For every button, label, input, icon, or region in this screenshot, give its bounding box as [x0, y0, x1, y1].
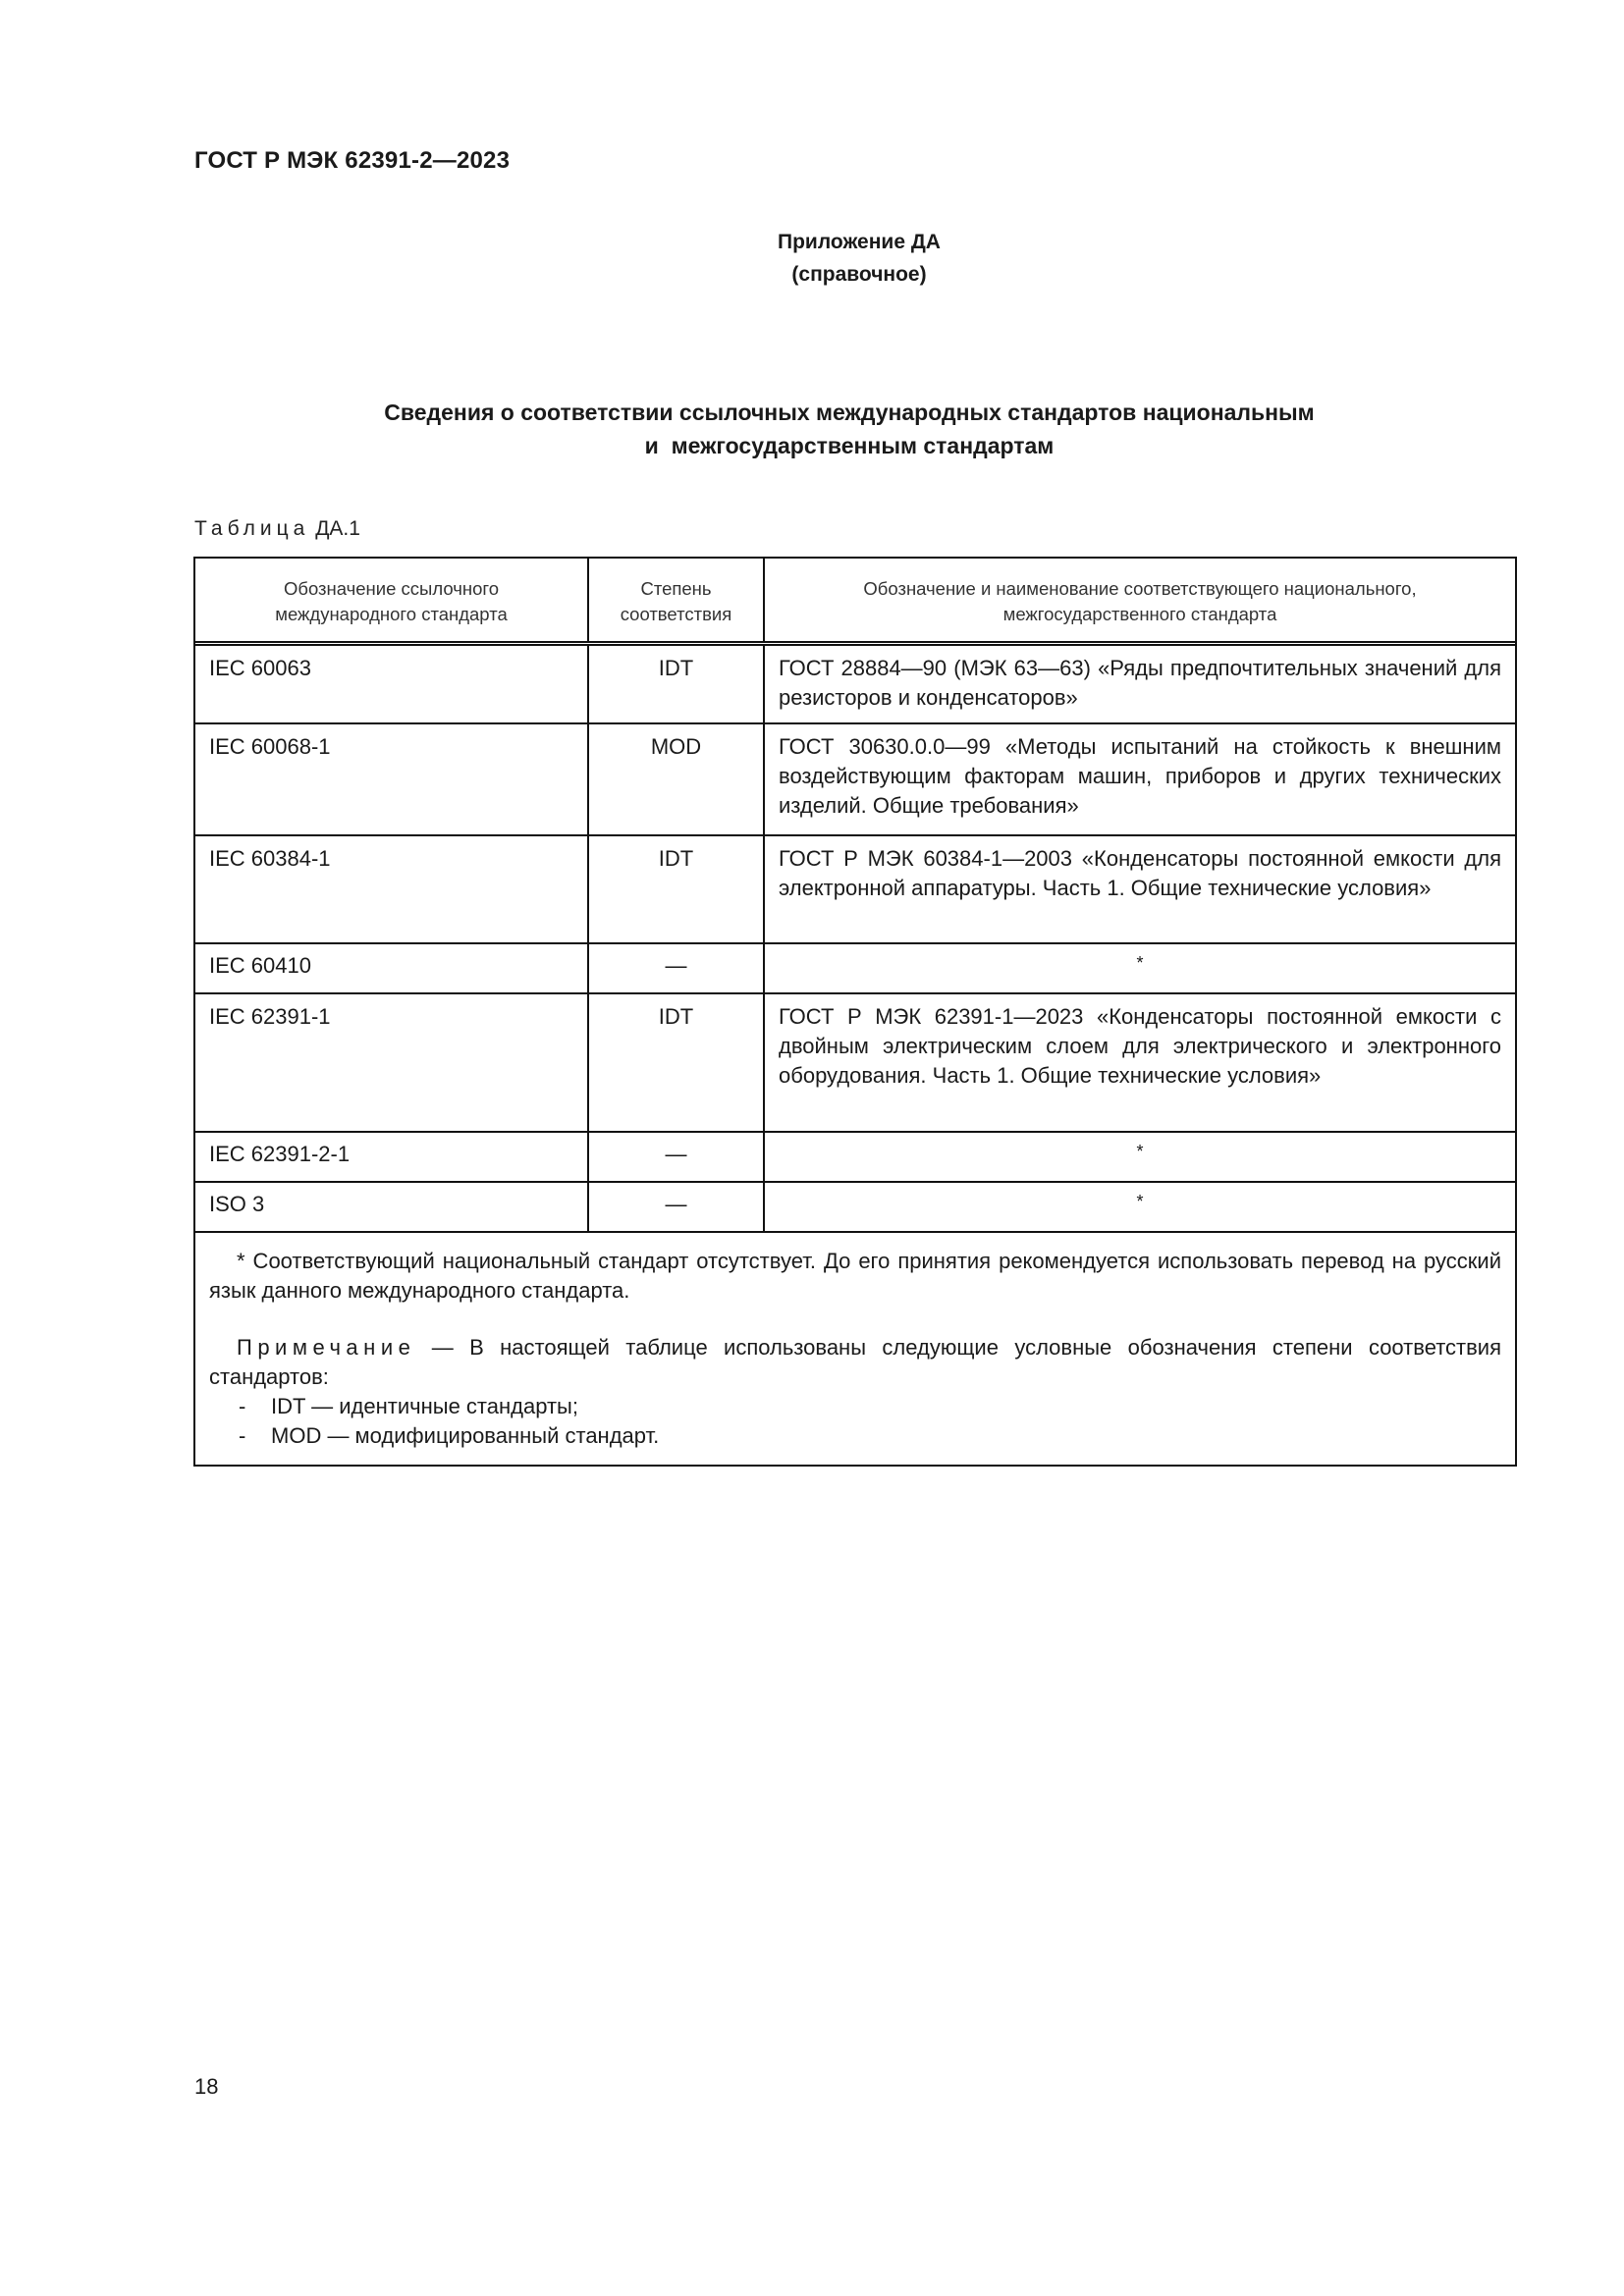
header-text: Обозначение ссылочного — [205, 576, 577, 602]
table-caption-word: Таблица — [194, 517, 309, 540]
cell-reference: IEC 60384-1 — [195, 836, 589, 942]
column-header-national: Обозначение и наименование соответствующ… — [765, 559, 1515, 641]
note-list: -IDT — идентичные стандарты; -MOD — моди… — [209, 1392, 1501, 1451]
section-title-line-2: и межгосударственным стандартам — [196, 429, 1502, 462]
cell-national: ГОСТ 28884—90 (МЭК 63—63) «Ряды предпочт… — [765, 646, 1515, 722]
table-caption: Таблица ДА.1 — [194, 517, 360, 541]
table-row: IEC 62391-1 IDT ГОСТ Р МЭК 62391-1—2023 … — [195, 992, 1515, 1131]
cell-national: ГОСТ 30630.0.0—99 «Методы испытаний на с… — [765, 724, 1515, 834]
cell-reference: IEC 60068-1 — [195, 724, 589, 834]
footnote-marker: * — [1136, 1192, 1143, 1211]
cell-reference: ISO 3 — [195, 1183, 589, 1231]
appendix-subtitle: (справочное) — [0, 258, 1624, 291]
header-text: межгосударственного стандарта — [775, 602, 1505, 627]
header-text: Обозначение и наименование соответствующ… — [775, 576, 1505, 602]
note-label: Примечание — [237, 1335, 415, 1360]
cell-national: ГОСТ Р МЭК 60384-1—2003 «Конденсаторы по… — [765, 836, 1515, 942]
cell-national: * — [765, 944, 1515, 992]
table-row: IEC 60063 IDT ГОСТ 28884—90 (МЭК 63—63) … — [195, 641, 1515, 722]
table-caption-number: ДА.1 — [315, 517, 360, 540]
cell-reference: IEC 62391-1 — [195, 994, 589, 1131]
cell-national: ГОСТ Р МЭК 62391-1—2023 «Конденсаторы по… — [765, 994, 1515, 1131]
note-list-item: -IDT — идентичные стандарты; — [209, 1392, 1501, 1421]
document-code: ГОСТ Р МЭК 62391-2—2023 — [194, 147, 510, 175]
table-row: IEC 62391-2-1 — * — [195, 1131, 1515, 1181]
table-notes: * Соответствующий национальный стандарт … — [195, 1231, 1515, 1465]
appendix-heading: Приложение ДА (справочное) — [0, 226, 1624, 291]
table-note: Примечание — В настоящей таблице использ… — [209, 1333, 1501, 1392]
cell-national: * — [765, 1133, 1515, 1181]
section-title: Сведения о соответствии ссылочных междун… — [196, 396, 1502, 462]
header-text: международного стандарта — [205, 602, 577, 627]
note-item-text: MOD — модифицированный стандарт. — [271, 1421, 659, 1451]
cell-reference: IEC 60063 — [195, 646, 589, 722]
footnote-marker: * — [1136, 953, 1143, 973]
bullet-dash: - — [209, 1392, 271, 1421]
appendix-title: Приложение ДА — [0, 226, 1624, 258]
cell-reference: IEC 62391-2-1 — [195, 1133, 589, 1181]
cell-degree: IDT — [589, 994, 765, 1131]
cell-degree: MOD — [589, 724, 765, 834]
column-header-degree: Степень соответствия — [589, 559, 765, 641]
note-list-item: -MOD — модифицированный стандарт. — [209, 1421, 1501, 1451]
note-item-text: IDT — идентичные стандарты; — [271, 1392, 578, 1421]
cell-national: * — [765, 1183, 1515, 1231]
bullet-dash: - — [209, 1421, 271, 1451]
correspondence-table: Обозначение ссылочного международного ст… — [193, 557, 1517, 1467]
header-text: Степень — [599, 576, 753, 602]
table-footnote: * Соответствующий национальный стандарт … — [209, 1247, 1501, 1306]
table-row: IEC 60384-1 IDT ГОСТ Р МЭК 60384-1—2003 … — [195, 834, 1515, 942]
cell-degree: — — [589, 944, 765, 992]
table-row: IEC 60410 — * — [195, 942, 1515, 992]
table-row: ISO 3 — * — [195, 1181, 1515, 1231]
header-text: соответствия — [599, 602, 753, 627]
cell-degree: IDT — [589, 646, 765, 722]
cell-degree: IDT — [589, 836, 765, 942]
cell-degree: — — [589, 1183, 765, 1231]
page-number: 18 — [194, 2074, 218, 2100]
table-header-row: Обозначение ссылочного международного ст… — [195, 559, 1515, 641]
column-header-reference: Обозначение ссылочного международного ст… — [195, 559, 589, 641]
table-row: IEC 60068-1 MOD ГОСТ 30630.0.0—99 «Метод… — [195, 722, 1515, 834]
cell-reference: IEC 60410 — [195, 944, 589, 992]
footnote-marker: * — [1136, 1142, 1143, 1161]
cell-degree: — — [589, 1133, 765, 1181]
section-title-line-1: Сведения о соответствии ссылочных междун… — [196, 396, 1502, 429]
